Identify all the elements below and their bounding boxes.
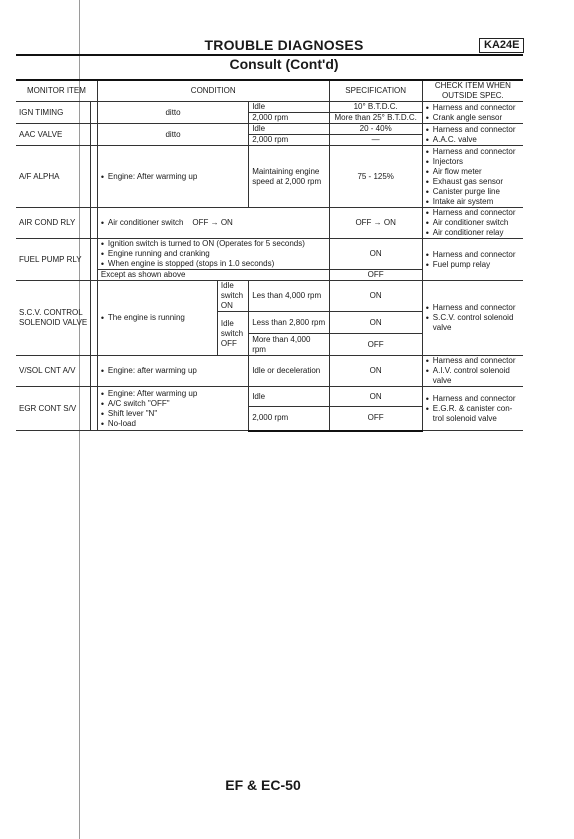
table-row: V/SOL CNT A/V Engine: after warming up I…	[16, 356, 523, 387]
check-items: Harness and connector A.I.V. control sol…	[422, 356, 523, 387]
condition: Ignition switch is turned to ON (Operate…	[97, 239, 329, 270]
table-header-row: MONITOR ITEM CONDITION SPECIFICATION CHE…	[16, 80, 523, 102]
condition: Engine: after warming up	[97, 356, 248, 387]
page-number: EF & EC-50	[0, 777, 574, 793]
monitor-item: FUEL PUMP RLY	[16, 239, 91, 281]
specification: ON	[329, 356, 422, 387]
condition-state: Idle or deceleration	[249, 356, 329, 387]
monitor-item: EGR CONT S/V	[16, 387, 91, 431]
table-row: AIR COND RLY Air conditioner switch OFF …	[16, 208, 523, 239]
column-header-specification: SPECIFICATION	[329, 80, 422, 102]
specification: 75 - 125%	[329, 146, 422, 208]
table-row: FUEL PUMP RLY Ignition switch is turned …	[16, 239, 523, 270]
specification: —	[329, 135, 422, 146]
condition: The engine is running	[97, 281, 217, 356]
monitor-item: V/SOL CNT A/V	[16, 356, 91, 387]
rpm-condition: Les than 4,000 rpm	[249, 281, 329, 312]
table-row: IGN TIMING ditto Idle 10° B.T.D.C. Harne…	[16, 102, 523, 113]
table-row: A/F ALPHA Engine: After warming up Maint…	[16, 146, 523, 208]
rpm-condition: Less than 2,800 rpm	[249, 312, 329, 334]
check-items: Harness and connector Fuel pump relay	[422, 239, 523, 281]
column-header-monitor-item: MONITOR ITEM	[16, 80, 97, 102]
rpm-condition: More than 4,000 rpm	[249, 334, 329, 356]
consult-table: MONITOR ITEM CONDITION SPECIFICATION CHE…	[16, 79, 523, 432]
condition: ditto	[97, 124, 248, 146]
table-row: AAC VALVE ditto Idle 20 - 40% Harness an…	[16, 124, 523, 135]
check-items: Harness and connector Air conditioner sw…	[422, 208, 523, 239]
idle-switch-on: Idle switch ON	[217, 281, 248, 312]
check-items: Harness and connector E.G.R. & canister …	[422, 387, 523, 431]
check-items: Harness and connectorA.A.C. valve	[422, 124, 523, 146]
condition-state: Idle	[249, 124, 329, 135]
condition-state: Idle	[249, 102, 329, 113]
condition: Air conditioner switch OFF → ON	[97, 208, 329, 239]
specification: ON	[329, 387, 422, 407]
check-items: Harness and connectorCrank angle sensor	[422, 102, 523, 124]
monitor-item: AIR COND RLY	[16, 208, 91, 239]
table-row: S.C.V. CONTROL SOLENOID VALVE The engine…	[16, 281, 523, 312]
monitor-item: A/F ALPHA	[16, 146, 91, 208]
specification: ON	[329, 239, 422, 270]
check-items: Harness and connector Injectors Air flow…	[422, 146, 523, 208]
column-header-condition: CONDITION	[97, 80, 329, 102]
specification: OFF → ON	[329, 208, 422, 239]
monitor-item: IGN TIMING	[16, 102, 91, 124]
condition-state: 2,000 rpm	[249, 407, 329, 431]
specification: 10° B.T.D.C.	[329, 102, 422, 113]
check-items: Harness and connector S.C.V. control sol…	[422, 281, 523, 356]
model-badge: KA24E	[479, 38, 524, 53]
condition: ditto	[97, 102, 248, 124]
condition-state: Idle	[249, 387, 329, 407]
specification: 20 - 40%	[329, 124, 422, 135]
specification: OFF	[329, 334, 422, 356]
condition-state: 2,000 rpm	[249, 113, 329, 124]
condition-state: 2,000 rpm	[249, 135, 329, 146]
specification: More than 25° B.T.D.C.	[329, 113, 422, 124]
monitor-item: S.C.V. CONTROL SOLENOID VALVE	[16, 281, 91, 356]
condition: Except as shown above	[97, 270, 329, 281]
condition: Engine: After warming up	[97, 146, 248, 208]
page-subtitle: Consult (Cont'd)	[0, 56, 574, 72]
specification: OFF	[329, 270, 422, 281]
idle-switch-off: Idle switch OFF	[217, 312, 248, 356]
table-row: EGR CONT S/V Engine: After warming up A/…	[16, 387, 523, 407]
specification: OFF	[329, 407, 422, 431]
specification: ON	[329, 281, 422, 312]
condition-state: Maintaining engine speed at 2,000 rpm	[249, 146, 329, 208]
monitor-item: AAC VALVE	[16, 124, 91, 146]
specification: ON	[329, 312, 422, 334]
condition: Engine: After warming up A/C switch "OFF…	[97, 387, 248, 431]
column-header-check-item: CHECK ITEM WHEN OUTSIDE SPEC.	[422, 80, 523, 102]
